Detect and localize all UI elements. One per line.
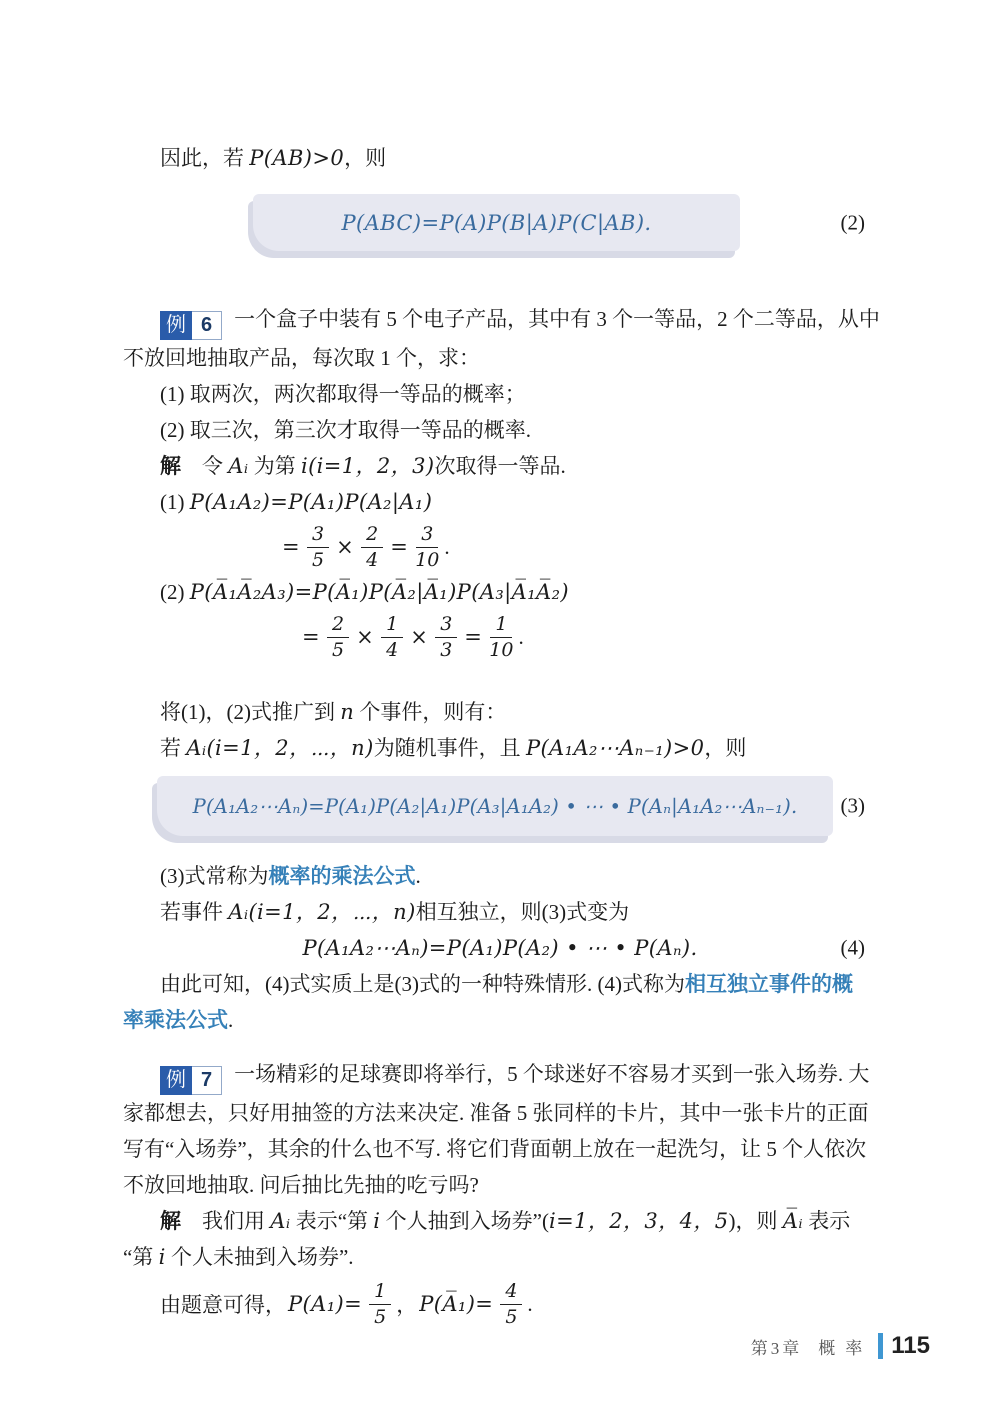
text-run: P(A̅₁A̅₂A₃)=P(A̅₁)P(A̅₂|A̅₁)P(A₃|A̅₁A̅₂)	[190, 580, 569, 604]
formula-4-row: P(A₁A₂⋯Aₙ)=P(A₁)P(A₂) • ⋯ • P(Aₙ). (4)	[123, 930, 877, 966]
text-run: 写有“入场券”，其余的什么也不写. 将它们背面朝上放在一起洗匀，让 5 个人依次	[123, 1137, 866, 1161]
text-run: 解	[160, 1209, 181, 1233]
fraction-numerator: 2	[361, 524, 383, 548]
fraction-numerator: 1	[490, 614, 512, 638]
footer-chapter: 第3章	[751, 1334, 803, 1359]
text-run: 次取得一等品.	[434, 454, 565, 478]
formula-3-row: P(A₁A₂⋯Aₙ)=P(A₁)P(A₂|A₁)P(A₃|A₁A₂) • ⋯ •…	[123, 776, 877, 836]
example7-solution1: 解 我们用 Aᵢ 表示“第 i 个人抽到入场券”(i=1，2，3，4，5)，则 …	[123, 1203, 877, 1239]
text-run: 解	[160, 454, 181, 478]
text-run: i=1，2，3，4，5	[549, 1209, 729, 1233]
text-run: 相互独立事件的概	[685, 972, 853, 996]
footer-subject: 概率	[818, 1334, 872, 1359]
fraction-numerator: 1	[381, 614, 403, 638]
text-run: 相互独立，则(3)式变为	[416, 900, 630, 924]
formula-3-tag: (3)	[841, 794, 866, 819]
text-run: ，则	[704, 736, 746, 760]
fraction-denominator: 5	[374, 1305, 386, 1328]
fraction-numerator: 1	[369, 1281, 391, 1305]
text-run: =	[388, 535, 410, 559]
example6-item2: (2) 取三次，第三次才取得一等品的概率.	[123, 412, 877, 448]
text-run: P(AB)>0	[249, 146, 344, 170]
text-run: ，	[396, 1289, 417, 1319]
text-run: ×	[334, 535, 356, 559]
example-badge-number: 6	[192, 311, 222, 340]
formula-3-box: P(A₁A₂⋯Aₙ)=P(A₁)P(A₂|A₁)P(A₃|A₁A₂) • ⋯ •…	[157, 776, 833, 836]
text-run: 概率的乘法公式	[269, 864, 416, 888]
text-run: )，则	[729, 1209, 783, 1233]
multiplication-p1: (3)式常称为概率的乘法公式.	[123, 858, 877, 894]
formula-2-box: P(ABC)=P(A)P(B|A)P(C|AB).	[253, 194, 740, 251]
multiplication-p2: 若事件 Aᵢ(i=1，2，⋯，n)相互独立，则(3)式变为	[123, 894, 877, 930]
intro-line: 因此，若 P(AB)>0，则	[123, 140, 877, 176]
footer-accent-bar	[878, 1333, 883, 1359]
text-run: ×	[408, 625, 430, 649]
formula-4-math: P(A₁A₂⋯Aₙ)=P(A₁)P(A₂) • ⋯ • P(Aₙ).	[302, 936, 697, 961]
text-run: =	[300, 625, 322, 649]
text-run: 由此可知，(4)式实质上是(3)式的一种特殊情形. (4)式称为	[160, 972, 685, 996]
text-run: 一场精彩的足球赛即将举行，5 个球迷好不容易才买到一张入场券. 大	[234, 1062, 869, 1086]
text-run: i(i=1，2，3)	[301, 454, 435, 478]
fraction: 33	[435, 614, 457, 661]
content-area: 因此，若 P(AB)>0，则 P(ABC)=P(A)P(B|A)P(C|AB).…	[0, 0, 1000, 1333]
text-run: (2)	[160, 580, 190, 604]
text-run: .	[527, 1292, 532, 1317]
text-run: 由题意可得，	[160, 1289, 286, 1319]
fraction: 15	[369, 1281, 391, 1328]
text-run: 若事件	[160, 900, 228, 924]
example6-frac2: =25×14×33=110.	[300, 610, 877, 664]
text-run: P(A₁A₂⋯Aₙ)=P(A₁)P(A₂) • ⋯ • P(Aₙ).	[302, 936, 697, 960]
example7-p1: 例7一场精彩的足球赛即将举行，5 个球迷好不容易才买到一张入场券. 大	[123, 1056, 877, 1095]
text-run: 不放回地抽取. 问后抽比先抽的吃亏吗?	[123, 1173, 479, 1197]
text-run: 个人未抽到入场券”.	[166, 1245, 354, 1269]
fraction: 14	[381, 614, 403, 661]
textbook-page: 因此，若 P(AB)>0，则 P(ABC)=P(A)P(B|A)P(C|AB).…	[0, 0, 1000, 1422]
text-run: 不放回地抽取产品，每次取 1 个，求：	[123, 346, 480, 370]
example7-p3: 写有“入场券”，其余的什么也不写. 将它们背面朝上放在一起洗匀，让 5 个人依次	[123, 1131, 877, 1167]
page-footer: 第3章 概率 115	[751, 1332, 930, 1360]
example6-p1-text: 一个盒子中装有 5 个电子产品，其中有 3 个一等品，2 个二等品，从中	[234, 307, 880, 331]
text-run: P(A̅₁)=	[417, 1292, 495, 1316]
example7-p1-text: 一场精彩的足球赛即将举行，5 个球迷好不容易才买到一张入场券. 大	[234, 1062, 869, 1086]
fraction-denominator: 4	[366, 548, 378, 571]
text-run: 家都想去，只好用抽签的方法来决定. 准备 5 张同样的卡片，其中一张卡片的正面	[123, 1101, 869, 1125]
example7-p4: 不放回地抽取. 问后抽比先抽的吃亏吗?	[123, 1167, 877, 1203]
formula-4-tag: (4)	[841, 936, 866, 961]
fraction-numerator: 3	[416, 524, 438, 548]
text-run: 为第	[248, 454, 301, 478]
generalize-line2: 若 Aᵢ(i=1，2，⋯，n)为随机事件，且 P(A₁A₂⋯Aₙ₋₁)>0，则	[123, 730, 877, 766]
text-run: 一个盒子中装有 5 个电子产品，其中有 3 个一等品，2 个二等品，从中	[234, 307, 880, 331]
example6-solution: 解 令 Aᵢ 为第 i(i=1，2，3)次取得一等品.	[123, 448, 877, 484]
text-run: 表示“第	[290, 1209, 373, 1233]
multiplication-p3: 由此可知，(4)式实质上是(3)式的一种特殊情形. (4)式称为相互独立事件的概	[123, 966, 877, 1002]
text-run: .	[228, 1008, 233, 1032]
example6-p1: 例6一个盒子中装有 5 个电子产品，其中有 3 个一等品，2 个二等品，从中	[123, 301, 877, 340]
fraction-denominator: 5	[312, 548, 324, 571]
text-run: 个人抽到入场券”(	[380, 1209, 549, 1233]
text-run: n	[340, 700, 354, 724]
fraction: 25	[327, 614, 349, 661]
text-run: 我们用	[181, 1209, 270, 1233]
example7-p2: 家都想去，只好用抽签的方法来决定. 准备 5 张同样的卡片，其中一张卡片的正面	[123, 1095, 877, 1131]
example6-math2: (2) P(A̅₁A̅₂A₃)=P(A̅₁)P(A̅₂|A̅₁)P(A₃|A̅₁…	[123, 574, 877, 610]
text-run: P(A₁A₂⋯Aₙ₋₁)>0	[526, 736, 704, 760]
fraction-denominator: 5	[505, 1305, 517, 1328]
text-run: 率乘法公式	[123, 1008, 228, 1032]
fraction-denominator: 10	[489, 638, 513, 661]
fraction-denominator: 10	[415, 548, 439, 571]
text-run: ×	[354, 625, 376, 649]
text-run: Aᵢ	[228, 454, 248, 478]
fraction: 310	[415, 524, 439, 571]
text-run: =	[462, 625, 484, 649]
formula-2-row: P(ABC)=P(A)P(B|A)P(C|AB). (2)	[123, 194, 877, 251]
fraction-denominator: 4	[386, 638, 398, 661]
formula-2-math: P(ABC)=P(A)P(B|A)P(C|AB).	[342, 211, 652, 235]
text-run: “第	[123, 1245, 159, 1269]
text-run: (3)式常称为	[160, 864, 269, 888]
text-run: Aᵢ	[270, 1209, 290, 1233]
text-run: 将(1)，(2)式推广到	[160, 700, 340, 724]
fraction: 110	[489, 614, 513, 661]
fraction-numerator: 4	[500, 1281, 522, 1305]
text-run: .	[518, 625, 523, 650]
text-run: 因此，若	[160, 146, 249, 170]
example-badge-label: 例	[160, 311, 192, 340]
fraction-numerator: 3	[307, 524, 329, 548]
multiplication-p4: 率乘法公式.	[123, 1002, 877, 1038]
example7-final: 由题意可得，P(A₁)=15，P(A̅₁)=45.	[123, 1275, 877, 1333]
text-run: =	[280, 535, 302, 559]
text-run: 表示	[803, 1209, 850, 1233]
text-run: P(A₁)=	[286, 1292, 364, 1316]
footer-page-number: 115	[891, 1332, 930, 1360]
fraction-denominator: 5	[332, 638, 344, 661]
text-run: Aᵢ(i=1，2，⋯，n)	[186, 736, 373, 760]
fraction: 45	[500, 1281, 522, 1328]
example6-frac1: =35×24=310.	[280, 520, 877, 574]
generalize-line1: 将(1)，(2)式推广到 n 个事件，则有：	[123, 694, 877, 730]
example-badge-number: 7	[192, 1066, 222, 1095]
example6-badge: 例6	[160, 311, 222, 340]
formula-3-math: P(A₁A₂⋯Aₙ)=P(A₁)P(A₂|A₁)P(A₃|A₁A₂) • ⋯ •…	[193, 795, 798, 818]
text-run: ，则	[344, 146, 386, 170]
text-run: 个事件，则有：	[354, 700, 506, 724]
example-badge-label: 例	[160, 1066, 192, 1095]
fraction-numerator: 2	[327, 614, 349, 638]
example6-p2: 不放回地抽取产品，每次取 1 个，求：	[123, 340, 877, 376]
text-run: Aᵢ(i=1，2，⋯，n)	[228, 900, 415, 924]
text-run: .	[416, 864, 421, 888]
example7-badge: 例7	[160, 1066, 222, 1095]
text-run: (1)	[160, 490, 190, 514]
formula-2-tag: (2)	[841, 210, 866, 235]
text-run: 为随机事件，且	[374, 736, 526, 760]
example6-item1: (1) 取两次，两次都取得一等品的概率；	[123, 376, 877, 412]
text-run: (1) 取两次，两次都取得一等品的概率；	[160, 382, 526, 406]
text-run: i	[159, 1245, 166, 1269]
text-run: .	[444, 535, 449, 560]
fraction: 35	[307, 524, 329, 571]
text-run: 若	[160, 736, 186, 760]
text-run: (2) 取三次，第三次才取得一等品的概率.	[160, 418, 531, 442]
text-run: A̅ᵢ	[783, 1209, 803, 1233]
fraction: 24	[361, 524, 383, 571]
fraction-denominator: 3	[440, 638, 452, 661]
fraction-numerator: 3	[435, 614, 457, 638]
example6-math1: (1) P(A₁A₂)=P(A₁)P(A₂|A₁)	[123, 484, 877, 520]
text-run: P(A₁A₂)=P(A₁)P(A₂|A₁)	[190, 490, 433, 514]
text-run: 令	[181, 454, 228, 478]
example7-solution2: “第 i 个人未抽到入场券”.	[123, 1239, 877, 1275]
